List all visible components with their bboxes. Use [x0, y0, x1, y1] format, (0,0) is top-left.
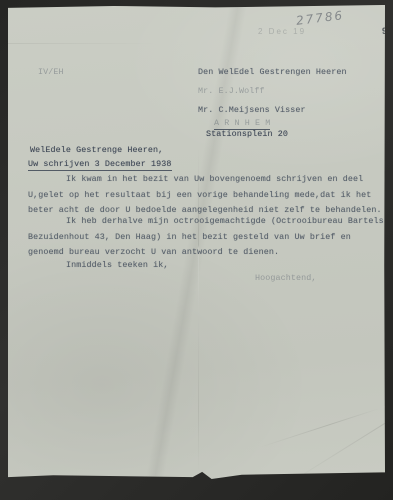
handwritten-archive-number: 27786: [295, 8, 345, 28]
letter-closing: Inmiddels teeken ik,: [66, 260, 169, 270]
letter-scan: 27786 2 Dec 19 9 IV/EH Den WelEdel Gestr…: [8, 5, 385, 479]
body-line: beter acht de door U bedoelde aangelegen…: [28, 205, 382, 215]
recipient-name-2: Mr. C.Meijsens Visser: [198, 105, 306, 115]
body-line: genoemd bureau verzocht U van antwoord t…: [28, 247, 389, 257]
date-stamp-fragment: 2 Dec 19: [258, 27, 306, 36]
body-paragraph-2: Ik heb derhalve mijn octrooigemachtigde …: [28, 216, 389, 263]
recipient-name-1: Mr. E.J.Wolff: [198, 86, 265, 96]
body-line: U,gelet op het resultaat bij een vorige …: [28, 190, 382, 200]
body-line: Ik kwam in het bezit van Uw bovengenoemd…: [28, 174, 382, 184]
recipient-city: A R N H E M: [214, 118, 270, 128]
letter-salutation: WelEdele Gestrenge Heeren,: [30, 145, 163, 155]
body-line: Ik heb derhalve mijn octrooigemachtigde …: [28, 216, 389, 226]
letter-signoff: Hoogachtend,: [255, 273, 317, 283]
body-line: Bezuidenhout 43, Den Haag) in het bezit …: [28, 232, 389, 242]
paper-crease-top: [8, 43, 159, 44]
body-paragraph-1: Ik kwam in het bezit van Uw bovengenoemd…: [28, 174, 382, 221]
letter-subject-text: Uw schrijven 3 December 1938: [28, 159, 172, 171]
recipient-salutation-line: Den WelEdel Gestrengen Heeren: [198, 67, 347, 77]
letter-subject-line: Uw schrijven 3 December 1938: [28, 159, 172, 169]
recipient-street: Stationsplein 20: [206, 129, 288, 139]
paper-crease-diagonal: [259, 401, 393, 448]
reference-code: IV/EH: [38, 67, 64, 77]
